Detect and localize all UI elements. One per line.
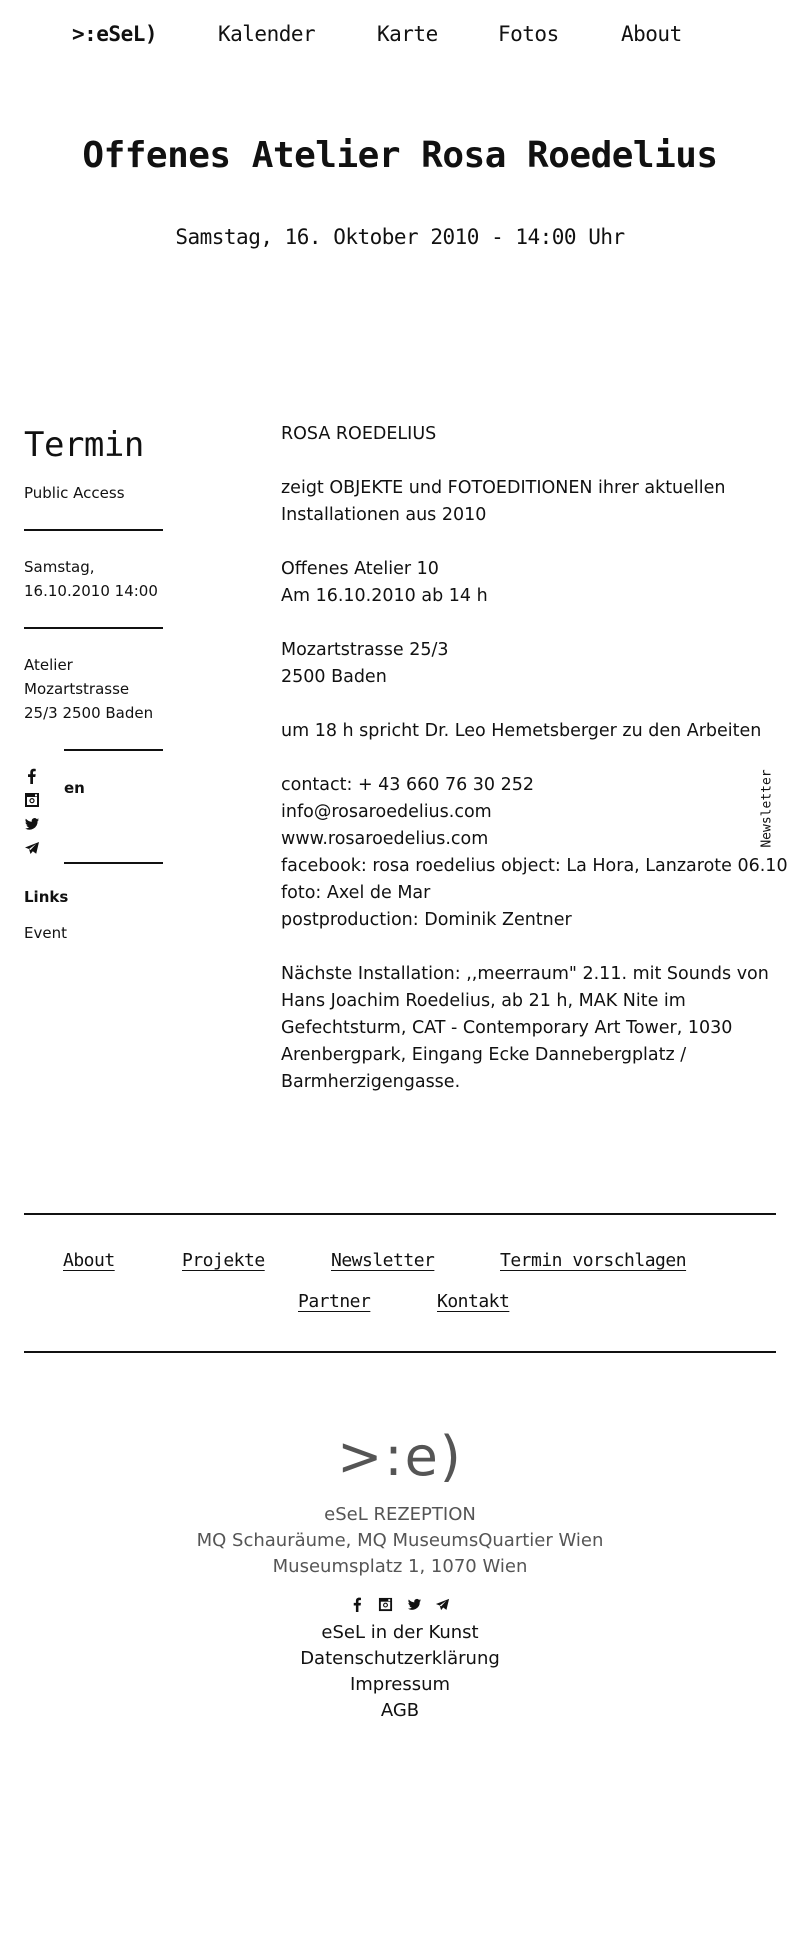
facebook-icon[interactable] <box>24 768 40 784</box>
footer-address-line: MQ Schauräume, MQ MuseumsQuartier Wien <box>0 1528 800 1554</box>
share-icons <box>24 768 44 864</box>
instagram-icon[interactable] <box>378 1597 393 1612</box>
access-label: Public Access <box>24 481 125 505</box>
footer-address: eSeL REZEPTION MQ Schauräume, MQ Museums… <box>0 1502 800 1580</box>
footer-link-kontakt[interactable]: Kontakt <box>437 1291 509 1312</box>
event-datetime: Samstag, 16. Oktober 2010 - 14:00 Uhr <box>0 225 800 249</box>
description-line: Offenes Atelier 10 <box>281 556 781 583</box>
description-paragraph: Mozartstrasse 25/32500 Baden <box>281 637 781 691</box>
description-paragraph: ROSA ROEDELIUS <box>281 421 781 448</box>
description-paragraph: Offenes Atelier 10Am 16.10.2010 ab 14 h <box>281 556 781 610</box>
description-line: info@rosaroedelius.com <box>281 799 781 826</box>
footer-link-agb[interactable]: AGB <box>0 1698 800 1724</box>
description-line: 2500 Baden <box>281 664 781 691</box>
footer-link-datenschutz[interactable]: Datenschutzerklärung <box>0 1646 800 1672</box>
description-line: Mozartstrasse 25/3 <box>281 637 781 664</box>
footer-link-impressum[interactable]: Impressum <box>0 1672 800 1698</box>
nav-item-kalender[interactable]: Kalender <box>218 22 315 46</box>
address-line: Mozartstrasse <box>24 677 174 701</box>
divider <box>24 627 163 629</box>
nav-item-fotos[interactable]: Fotos <box>498 22 559 46</box>
telegram-icon[interactable] <box>435 1597 450 1612</box>
nav-item-karte[interactable]: Karte <box>377 22 438 46</box>
footer-address-line: eSeL REZEPTION <box>0 1502 800 1528</box>
description-line: facebook: rosa roedelius object: La Hora… <box>281 853 781 880</box>
footer-links: eSeL in der Kunst Datenschutzerklärung I… <box>0 1620 800 1724</box>
footer-address-line: Museumsplatz 1, 1070 Wien <box>0 1554 800 1580</box>
facebook-icon[interactable] <box>350 1597 365 1612</box>
footer-link-projekte[interactable]: Projekte <box>182 1250 265 1271</box>
divider <box>24 529 163 531</box>
footer-link-partner[interactable]: Partner <box>298 1291 370 1312</box>
footer-link-esel-in-der-kunst[interactable]: eSeL in der Kunst <box>0 1620 800 1646</box>
description-line: postproduction: Dominik Zentner <box>281 907 781 934</box>
links-heading: Links <box>24 888 68 906</box>
instagram-icon[interactable] <box>24 792 40 808</box>
description-line: ROSA ROEDELIUS <box>281 421 781 448</box>
sidebar-address: Atelier Mozartstrasse 25/3 2500 Baden <box>24 653 174 725</box>
description-line: um 18 h spricht Dr. Leo Hemetsberger zu … <box>281 718 781 745</box>
footer-link-termin-vorschlagen[interactable]: Termin vorschlagen <box>500 1250 686 1271</box>
description-paragraph: contact: + 43 660 76 30 252info@rosaroed… <box>281 772 781 934</box>
share-label: en <box>64 779 85 797</box>
footer-link-newsletter[interactable]: Newsletter <box>331 1250 434 1271</box>
event-sidebar: Termin Public Access Samstag, 16.10.2010… <box>24 425 164 465</box>
divider <box>64 862 163 864</box>
twitter-icon[interactable] <box>407 1597 422 1612</box>
nav-item-about[interactable]: About <box>621 22 682 46</box>
address-line: Atelier <box>24 653 174 677</box>
address-line: 25/3 2500 Baden <box>24 701 174 725</box>
footer-link-about[interactable]: About <box>63 1250 115 1271</box>
date-line: Samstag, <box>24 555 174 579</box>
description-line: www.rosaroedelius.com <box>281 826 781 853</box>
top-navigation: >:eSeL) Kalender Karte Fotos About <box>0 22 800 52</box>
newsletter-tab[interactable]: Newsletter <box>757 770 777 852</box>
newsletter-tab-label: Newsletter <box>760 768 775 850</box>
description-line: foto: Axel de Mar <box>281 880 781 907</box>
twitter-icon[interactable] <box>24 816 40 832</box>
event-title: Offenes Atelier Rosa Roedelius <box>0 135 800 176</box>
event-link[interactable]: Event <box>24 924 67 942</box>
description-paragraph: Nächste Installation: ,,meerraum" 2.11. … <box>281 961 781 1096</box>
site-logo-link[interactable]: >:eSeL) <box>72 22 157 46</box>
description-line: Nächste Installation: ,,meerraum" 2.11. … <box>281 961 781 1096</box>
footer-logo: >:e) <box>0 1425 800 1488</box>
sidebar-heading: Termin <box>24 425 164 465</box>
footer-divider <box>24 1213 776 1215</box>
event-description: ROSA ROEDELIUSzeigt OBJEKTE und FOTOEDIT… <box>281 421 781 1123</box>
description-paragraph: zeigt OBJEKTE und FOTOEDITIONEN ihrer ak… <box>281 475 781 529</box>
footer-divider <box>24 1351 776 1353</box>
description-line: zeigt OBJEKTE und FOTOEDITIONEN ihrer ak… <box>281 475 781 502</box>
footer-social-icons <box>0 1594 800 1613</box>
divider <box>64 749 163 751</box>
description-paragraph: um 18 h spricht Dr. Leo Hemetsberger zu … <box>281 718 781 745</box>
telegram-icon[interactable] <box>24 840 40 856</box>
sidebar-date: Samstag, 16.10.2010 14:00 <box>24 555 174 603</box>
description-line: contact: + 43 660 76 30 252 <box>281 772 781 799</box>
date-line: 16.10.2010 14:00 <box>24 579 174 603</box>
description-line: Installationen aus 2010 <box>281 502 781 529</box>
description-line: Am 16.10.2010 ab 14 h <box>281 583 781 610</box>
